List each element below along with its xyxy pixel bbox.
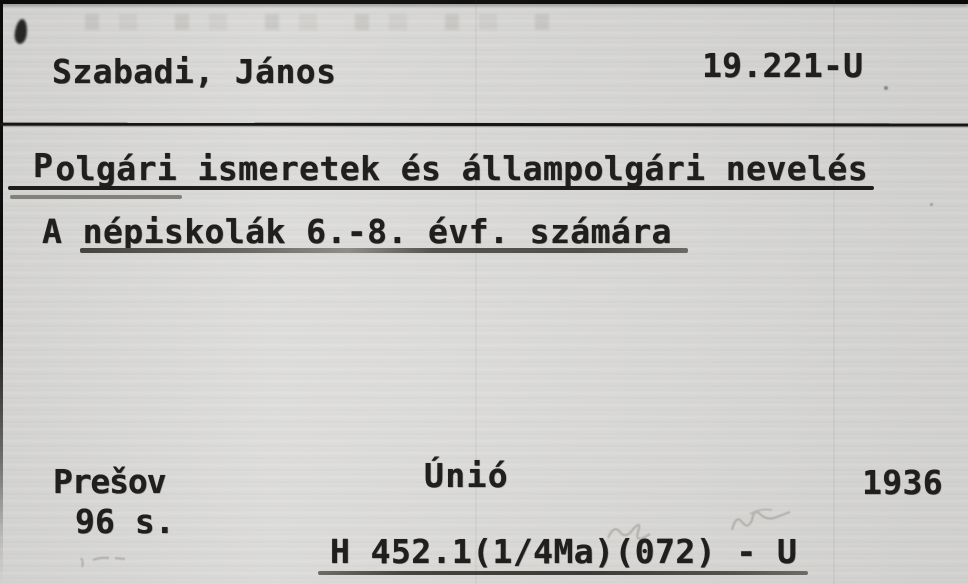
paper-crease [475, 0, 477, 584]
author-heading: Szabadi, János [52, 54, 336, 90]
title: Polgári ismeretek és állampolgári nevelé… [33, 151, 868, 187]
pencil-mark [75, 548, 135, 572]
publication-year: 1936 [862, 465, 943, 501]
title-double-underline [10, 195, 182, 199]
paper-crease [833, 0, 835, 584]
pagination: 96 s. [75, 504, 175, 540]
call-number: 19.221-U [702, 48, 863, 84]
title-underline [8, 186, 874, 190]
title-initial: P [33, 146, 53, 185]
ink-blot-mark [14, 18, 29, 44]
ink-speck [884, 86, 888, 90]
publication-place: Prešov [53, 464, 165, 500]
subtitle-underline [80, 248, 688, 253]
smudge-mark [85, 14, 565, 30]
ink-speck [930, 203, 933, 206]
title-rest: olgári ismeretek és állampolgári nevelés [55, 149, 868, 188]
subtitle: A népiskolák 6.-8. évf. számára [42, 214, 672, 250]
catalog-card: Szabadi, János 19.221-U Polgári ismerete… [0, 0, 968, 584]
scan-edge-top [0, 0, 968, 4]
scan-edge-left [0, 0, 3, 584]
divider-rule [0, 123, 968, 127]
classification-underline [318, 571, 808, 575]
publisher: Únió [424, 458, 509, 494]
pencil-handwriting-mark [600, 500, 810, 550]
